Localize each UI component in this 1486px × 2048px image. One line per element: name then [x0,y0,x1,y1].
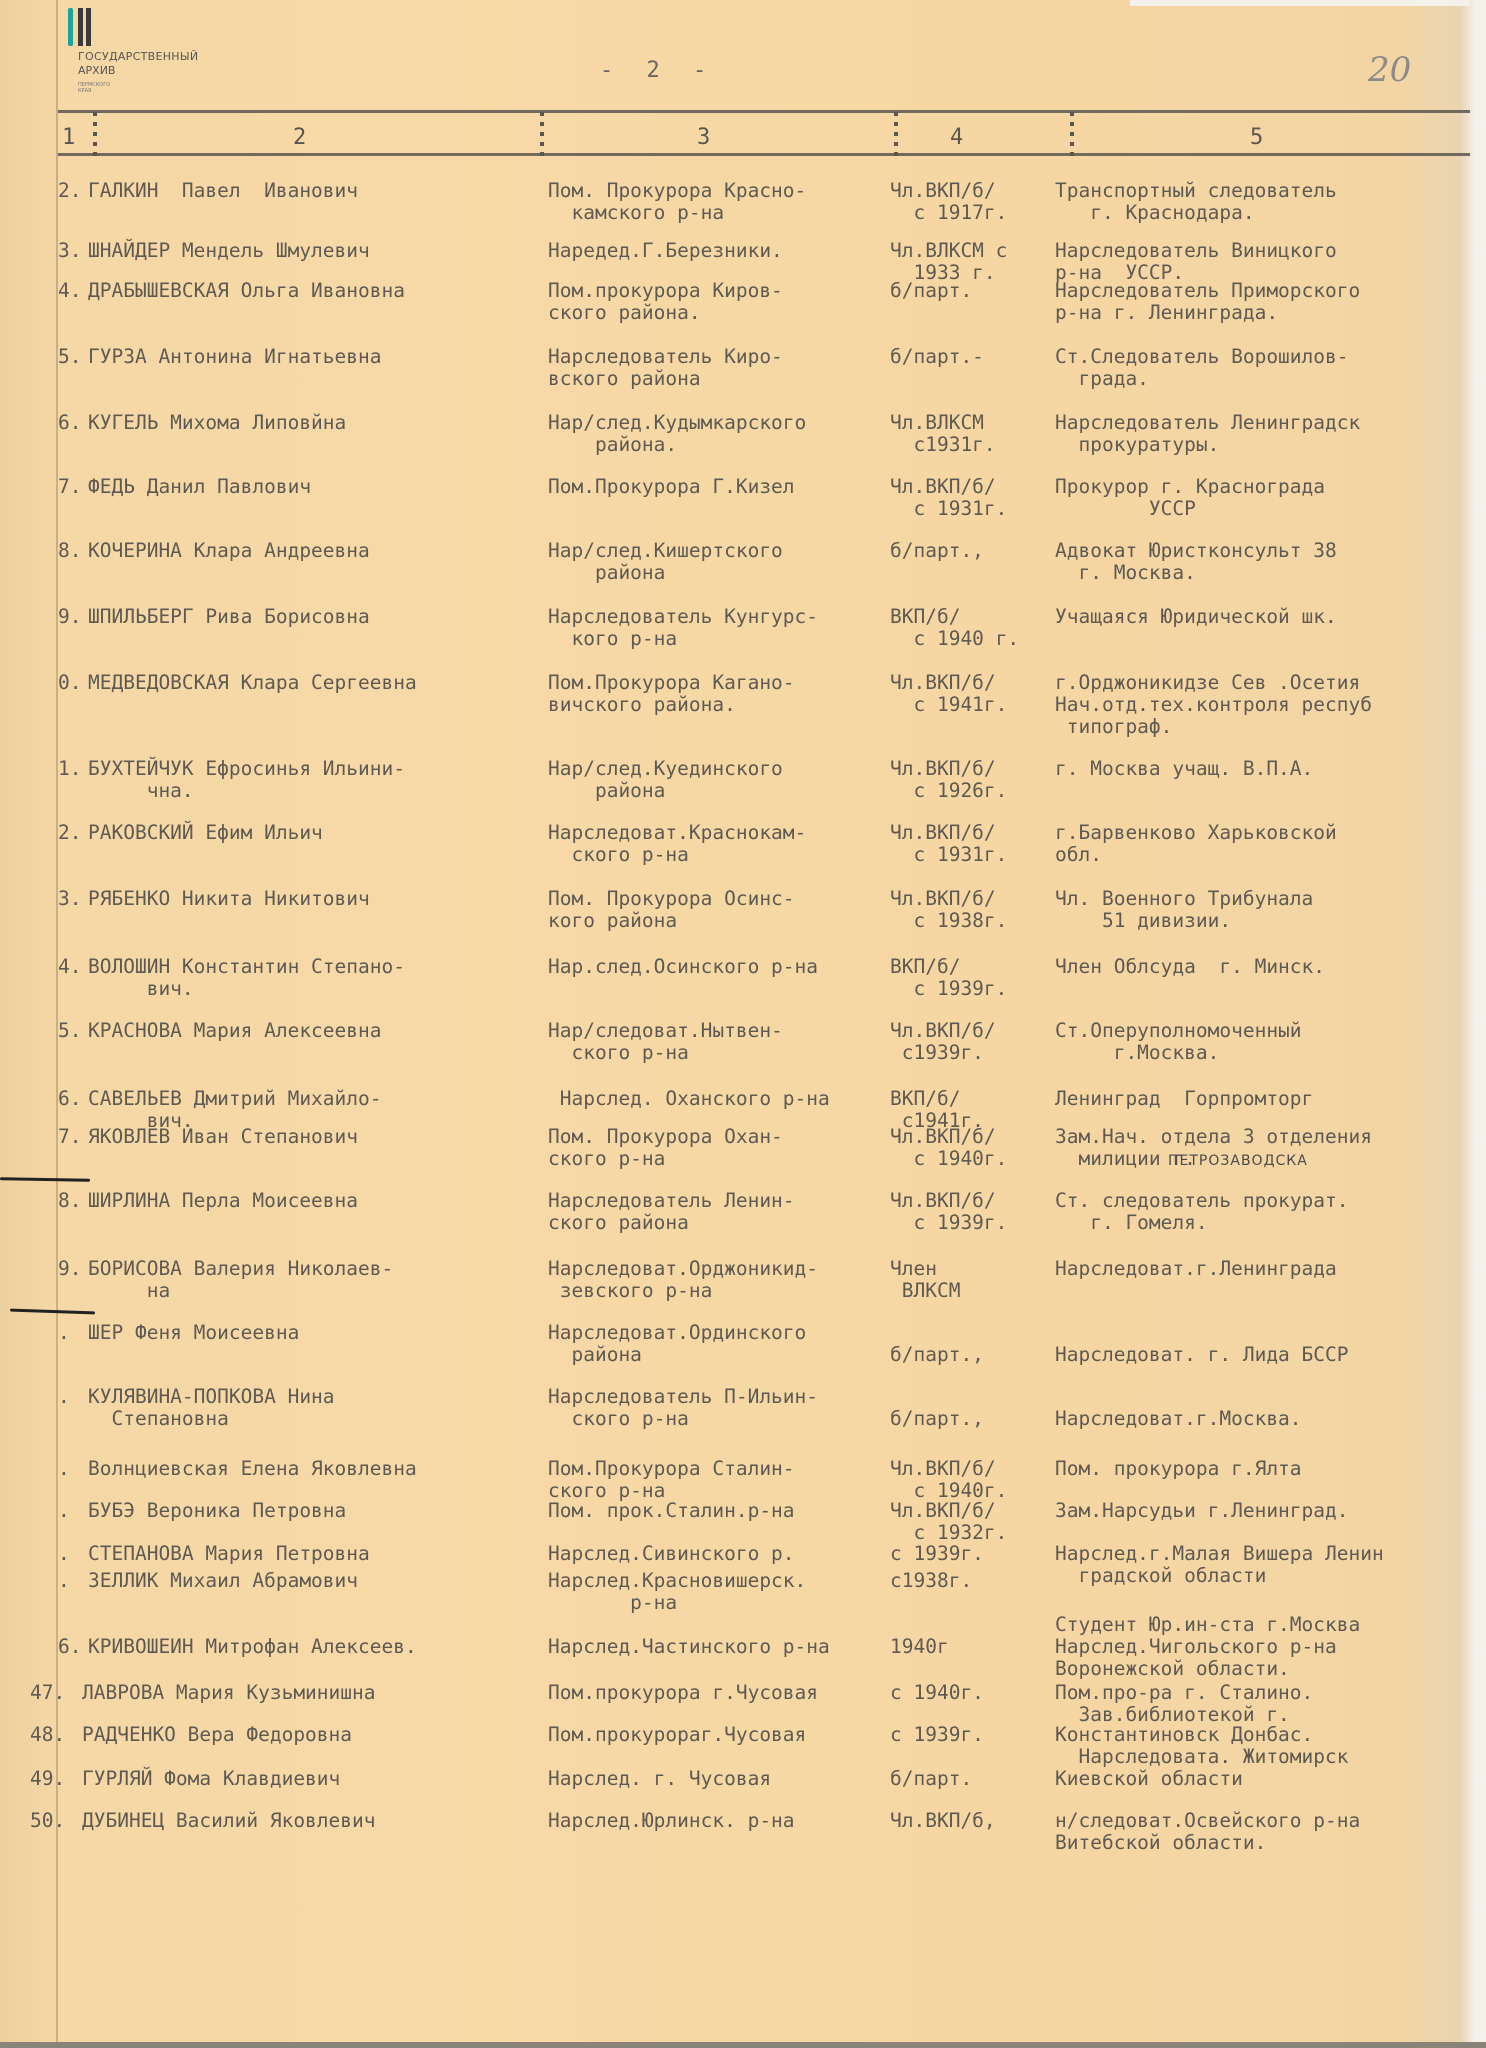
person-name: ШНАЙДЕР Мендель Шмулевич [88,240,370,262]
former-position: Пом. прок.Сталин.р-на [548,1500,795,1522]
row-number: 0. [58,672,81,694]
former-position: Нар/след.Кишертского района [548,540,783,584]
row-number: 8. [58,540,81,562]
party-membership: ВКП/б/ с 1939г. [890,956,1007,1000]
later-position: Ленинград Горпромторг [1055,1088,1313,1110]
later-position: Студент Юр.ин-ста г.Москва [1055,1570,1360,1636]
party-membership: Чл.ВКП/б/ с1939г. [890,1020,996,1064]
party-membership: Чл.ВКП/б/ с 1931г. [890,822,1007,866]
former-position: Пом. Прокурора Красно- камского р-на [548,180,806,224]
former-position: Нар/след.Куединского района [548,758,783,802]
party-membership: б/парт. [890,280,972,302]
column-separator [894,112,898,158]
row-number: 47. [30,1682,65,1704]
later-position: Нарследователь Виницкого р-на УССР. [1055,240,1337,284]
handwritten-note: ПЕТРОЗАВОДСКА [1168,1150,1308,1172]
later-position: Учащаяся Юридической шк. [1055,606,1337,628]
former-position: Пом. Прокурора Охан- ского р-на [548,1126,783,1170]
later-position: н/следоват.Освейского р-на Витебской обл… [1055,1810,1360,1854]
party-membership: б/парт.- [890,346,984,368]
column-separator [93,112,97,158]
former-position: Нарслед. г. Чусовая [548,1768,771,1790]
column-header-5: 5 [1250,125,1263,150]
later-position: Нарследователь Ленинградск прокуратуры. [1055,412,1360,456]
former-position: Нарследователь Кунгурс- кого р-на [548,606,818,650]
column-header-4: 4 [950,125,963,150]
pen-mark [10,1309,95,1315]
former-position: Нарследоват.Ординского района [548,1322,806,1366]
former-position: Нарслед.Юрлинск. р-на [548,1810,795,1832]
folio-number: 20 [1368,50,1411,90]
archive-logo-region: ПЕРМСКОГО КРАЯ [78,82,110,94]
party-membership: Чл.ВКП/б/ с 1926г. [890,758,1007,802]
row-number: 8. [58,1190,81,1212]
former-position: Пом.Прокурора Г.Кизел [548,476,795,498]
former-position: Пом.Прокурора Сталин- ского р-на [548,1458,795,1502]
row-number: 1. [58,758,81,780]
column-header-3: 3 [697,125,710,150]
later-position: Ст.Следователь Ворошилов- града. [1055,346,1349,390]
page-number: - 2 - [600,58,716,83]
former-position: Нарследователь Ленин- ского района [548,1190,795,1234]
person-name: ДУБИНЕЦ Василий Яковлевич [82,1810,376,1832]
column-separator [1070,112,1074,158]
archive-logo-subtitle: АРХИВ [78,64,115,77]
former-position: Нарслед.Красновишерск. р-на [548,1570,806,1614]
row-number: 3. [58,240,81,262]
person-name: ГУРЗА Антонина Игнатьевна [88,346,382,368]
row-number: . [58,1322,70,1344]
person-name: БОРИСОВА Валерия Николаев- на [88,1258,393,1302]
former-position: Нар/след.Кудымкарского района. [548,412,806,456]
later-position: Нарследоват. г. Лида БССР [1055,1322,1349,1366]
party-membership: ВКП/б/ с 1940 г. [890,606,1019,650]
row-number: 4. [58,280,81,302]
party-membership: с 1939г. [890,1724,984,1746]
row-number: . [58,1386,70,1408]
later-position: г.Орджоникидзе Сев .Осетия Нач.отд.тех.к… [1055,672,1372,738]
former-position: Пом.Прокурора Кагано- вичского района. [548,672,795,716]
later-position: Член Облсуда г. Минск. [1055,956,1325,978]
row-number: 7. [58,1126,81,1148]
row-number: 48. [30,1724,65,1746]
row-number: . [58,1543,70,1565]
page-bottom-edge [0,2042,1486,2048]
person-name: РЯБЕНКО Никита Никитович [88,888,370,910]
person-name: КУЛЯВИНА-ПОПКОВА Нина Степановна [88,1386,335,1430]
party-membership: б/парт., [890,540,984,562]
person-name: ДРАБЫШЕВСКАЯ Ольга Ивановна [88,280,405,302]
archival-document-page: ГОСУДАРСТВЕННЫЙ АРХИВ ПЕРМСКОГО КРАЯ - 2… [0,0,1486,2048]
later-position: Пом. прокурора г.Ялта [1055,1458,1302,1480]
later-position: Транспортный следователь г. Краснодара. [1055,180,1337,224]
former-position: Нарследоват.Краснокам- ского р-на [548,822,806,866]
party-membership: Чл.ВКП/б/ с 1941г. [890,672,1007,716]
party-membership: Чл.ВКП/б/ с 1938г. [890,888,1007,932]
later-position: Нарследователь Приморского р-на г. Ленин… [1055,280,1360,324]
party-membership: Чл.ВКП/б/ с 1917г. [890,180,1007,224]
person-name: МЕДВЕДОВСКАЯ Клара Сергеевна [88,672,417,694]
person-name: ГУРЛЯЙ Фома Клавдиевич [82,1768,340,1790]
party-membership: с1938г. [890,1570,972,1592]
former-position: Пом.прокурора г.Чусовая [548,1682,818,1704]
party-membership: Чл.ВКП/б/ с 1931г. [890,476,1007,520]
person-name: КУГЕЛЬ Михома Липовйна [88,412,346,434]
party-membership: Чл.ВЛКСМ с1931г. [890,412,996,456]
row-number: 6. [58,412,81,434]
column-header-2: 2 [293,125,306,150]
former-position: Нар.след.Осинского р-на [548,956,818,978]
party-membership: с 1939г. [890,1543,984,1565]
later-position: Чл. Военного Трибунала 51 дивизии. [1055,888,1313,932]
former-position: Нарслед.Сивинского р. [548,1543,795,1565]
party-membership: с 1940г. [890,1682,984,1704]
column-separator [540,112,544,158]
later-position: Киевской области [1055,1768,1243,1790]
row-number: 6. [58,1088,81,1110]
former-position: Нар/следоват.Нытвен- ского р-на [548,1020,783,1064]
column-header-1: 1 [62,125,75,150]
archive-logo-icon [66,6,106,46]
row-number: 49. [30,1768,65,1790]
party-membership: Чл.ВКП/б/ с 1940г. [890,1458,1007,1502]
later-position: Нарслед.Чигольского р-на Воронежской обл… [1055,1636,1337,1680]
person-name: Волнциевская Елена Яковлевна [88,1458,417,1480]
person-name: РАДЧЕНКО Вера Федоровна [82,1724,352,1746]
person-name: БУХТЕЙЧУК Ефросинья Ильини- чна. [88,758,405,802]
party-membership: Чл.ВКП/б/ с 1940г. [890,1126,1007,1170]
person-name: ШЕР Феня Моисеевна [88,1322,299,1344]
person-name: СТЕПАНОВА Мария Петровна [88,1543,370,1565]
party-membership: б/парт., [890,1322,984,1366]
later-position: Константиновск Донбас. Нарследовата. Жит… [1055,1724,1349,1768]
later-position: Пом.про-ра г. Сталино. Зав.библиотекой г… [1055,1682,1313,1726]
person-name: КРИВОШЕИН Митрофан Алексеев. [88,1636,417,1658]
former-position: Пом. Прокурора Осинс- кого района [548,888,795,932]
row-number: . [58,1570,70,1592]
row-number: . [58,1458,70,1480]
row-number: 5. [58,1020,81,1042]
row-number: 7. [58,476,81,498]
party-membership: Чл.ВКП/б, [890,1810,996,1832]
later-position: Зам.Нарсудьи г.Ленинград. [1055,1500,1349,1522]
person-name: ЗЕЛЛИК Михаил Абрамович [88,1570,358,1592]
former-position: Нарслед.Частинского р-на [548,1636,830,1658]
person-name: ГАЛКИН Павел Иванович [88,180,358,202]
former-position: Пом.прокурора Киров- ского района. [548,280,783,324]
former-position: Нарследователь Киро- вского района [548,346,783,390]
former-position: Нарследователь П-Ильин- ского р-на [548,1386,818,1430]
person-name: КОЧЕРИНА Клара Андреевна [88,540,370,562]
party-membership: Чл.ВКП/б/ с 1932г. [890,1500,1007,1544]
person-name: ЛАВРОВА Мария Кузьминишна [82,1682,376,1704]
row-number: 50. [30,1810,65,1832]
row-number: 4. [58,956,81,978]
person-name: БУБЭ Вероника Петровна [88,1500,346,1522]
party-membership: 1940г [890,1636,949,1658]
torn-edge [1130,0,1470,6]
former-position: Нарследоват.Орджоникид- зевского р-на [548,1258,818,1302]
row-number: 2. [58,822,81,844]
party-membership: Чл.ВКП/б/ с 1939г. [890,1190,1007,1234]
row-number: 9. [58,1258,81,1280]
row-number: 9. [58,606,81,628]
former-position: Пом.прокурораг.Чусовая [548,1724,806,1746]
later-position: Нарследоват.г.Ленинграда [1055,1258,1337,1280]
table-header-rule [58,153,1470,156]
later-position: Адвокат Юристконсульт 38 г. Москва. [1055,540,1337,584]
person-name: ФЕДЬ Данил Павлович [88,476,311,498]
later-position: г.Барвенково Харьковской обл. [1055,822,1337,866]
person-name: ВОЛОШИН Константин Степано- вич. [88,956,405,1000]
former-position: Нарслед. Оханского р-на [548,1088,830,1110]
later-position: Ст.Оперуполномоченный г.Москва. [1055,1020,1302,1064]
later-position: г. Москва учащ. В.П.А. [1055,758,1313,780]
row-number: 2. [58,180,81,202]
person-name: КРАСНОВА Мария Алексеевна [88,1020,382,1042]
former-position: Наредед.Г.Березники. [548,240,783,262]
party-membership: б/парт. [890,1768,972,1790]
later-position: Прокурор г. Краснограда УССР [1055,476,1325,520]
person-name: ШИРЛИНА Перла Моисеевна [88,1190,358,1212]
party-membership: Чл.ВЛКСМ с 1933 г. [890,240,1007,284]
row-number: 6. [58,1636,81,1658]
row-number: 5. [58,346,81,368]
row-number: . [58,1500,70,1522]
person-name: ШПИЛЬБЕРГ Рива Борисовна [88,606,370,628]
later-position: Ст. следователь прокурат. г. Гомеля. [1055,1190,1349,1234]
person-name: РАКОВСКИЙ Ефим Ильич [88,822,323,844]
person-name: ЯКОВЛЕВ Иван Степанович [88,1126,358,1148]
archive-logo-title: ГОСУДАРСТВЕННЫЙ [78,50,198,63]
table-top-rule [58,110,1470,113]
pen-mark [0,1177,90,1182]
later-position: Нарследоват.г.Москва. [1055,1386,1302,1430]
party-membership: б/парт., [890,1386,984,1430]
party-membership: Член ВЛКСМ [890,1258,960,1302]
row-number: 3. [58,888,81,910]
